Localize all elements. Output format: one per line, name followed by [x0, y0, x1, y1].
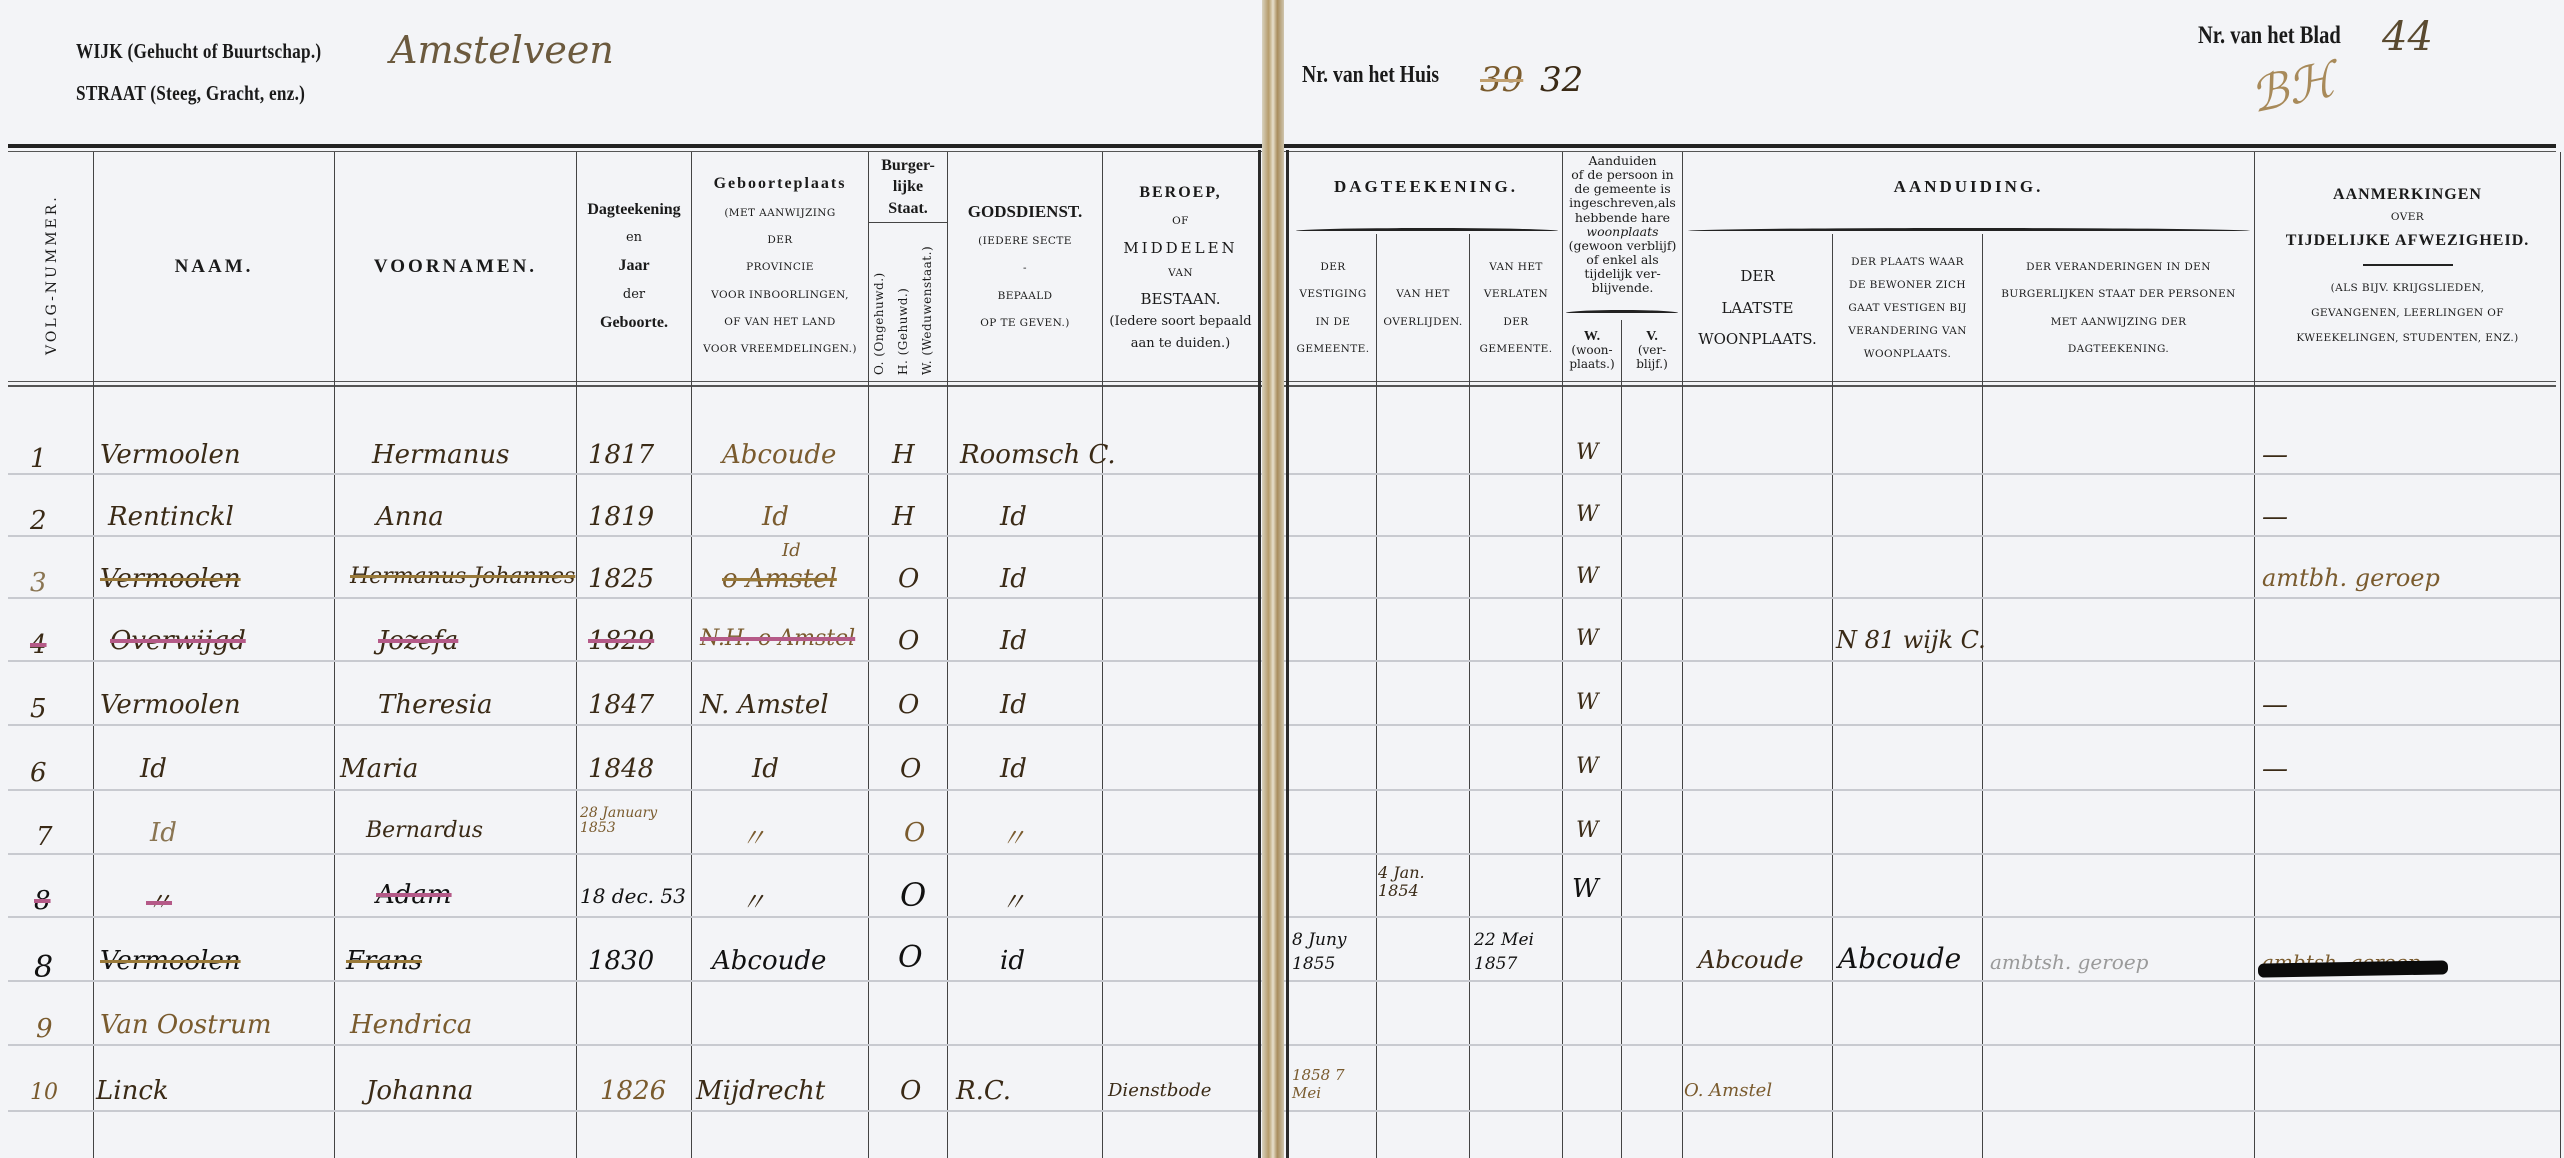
verlaten-line: VAN HET: [1489, 254, 1543, 281]
row6-nr: 6: [30, 758, 47, 788]
plaats-waar-line: WOONPLAATS.: [1864, 343, 1951, 366]
row7-plaats: 〃: [740, 818, 766, 855]
row3-godsdienst: Id: [1000, 564, 1027, 594]
row1-nr: 1: [30, 444, 47, 474]
row1-plaats: Abcoude: [722, 440, 836, 470]
row-line: [8, 660, 2560, 662]
laatste-line: DER: [1740, 261, 1774, 293]
col-header-beroep: BEROEP, OF MIDDELEN VAN BESTAAN. (Iedere…: [1103, 152, 1258, 381]
row6-wv: W: [1576, 754, 1599, 779]
geboorteplaats-line: (MET AANWIJZING: [724, 200, 835, 227]
row7-wv: W: [1576, 818, 1599, 843]
row5-plaats: N. Amstel: [700, 690, 829, 720]
col-header-voornamen: VOORNAMEN.: [335, 152, 576, 381]
row8b-vertrek: Abcoude: [1838, 942, 1961, 975]
beroep-line: OF: [1172, 208, 1189, 235]
row8-plaats: 〃: [740, 882, 766, 919]
row6-aanmerking: —: [2262, 754, 2288, 784]
row10-beroep: Dienstbode: [1108, 1080, 1211, 1101]
aanmerkingen-line: AANMERKINGEN: [2333, 182, 2482, 208]
staat-h-label: H. (Gehuwd.): [896, 288, 910, 375]
row10-laatste: O. Amstel: [1684, 1080, 1772, 1101]
vestiging-line: DER: [1320, 254, 1345, 281]
row3-aanmerking: amtbh. geroep: [2262, 564, 2440, 592]
row8-godsdienst: 〃: [1000, 882, 1026, 919]
row8-staat: O: [900, 876, 926, 914]
row10-godsdienst: R.C.: [956, 1076, 1011, 1106]
aanduiden-line: of de persoon in: [1571, 168, 1673, 182]
row-line: [8, 1044, 2560, 1046]
row-line: [8, 535, 2560, 537]
row-line: [8, 724, 2560, 726]
ink-blot-redaction: [2258, 960, 2448, 977]
col-divider: [1562, 152, 1563, 1158]
col-header-plaats-waar: DER PLAATS WAAR DE BEWONER ZICH GAAT VES…: [1833, 236, 1982, 381]
aanduiden-line: tijdelijk ver-: [1584, 267, 1660, 281]
w-line: W.: [1584, 329, 1600, 344]
row-line: [8, 916, 2560, 918]
geboorteplaats-line: DER: [767, 227, 792, 254]
beroep-line: BESTAAN.: [1140, 287, 1220, 311]
register-page: WIJK (Gehucht of Buurtschap.) STRAAT (St…: [0, 0, 2564, 1158]
row8b-laatste: Abcoude: [1698, 946, 1804, 974]
geboorte-line: Jaar: [618, 251, 649, 281]
row8b-voornamen: Frans: [346, 946, 422, 976]
row9-voornamen: Hendrica: [350, 1010, 472, 1040]
row8b-godsdienst: id: [1000, 946, 1025, 976]
v-line: (ver-: [1638, 344, 1666, 358]
row-line: [8, 980, 2560, 982]
godsdienst-line: GODSDIENST.: [968, 196, 1082, 228]
col-header-veranderingen: DER VERANDERINGEN IN DEN BURGERLIJKEN ST…: [1983, 236, 2254, 381]
plaats-waar-line: VERANDERING VAN: [1848, 320, 1967, 343]
row-line: [8, 789, 2560, 791]
row1-godsdienst: Roomsch C.: [960, 440, 1116, 470]
row7-geboorte: 28 January 1853: [580, 806, 690, 836]
row4-voornamen: Jozefa: [378, 626, 458, 656]
row6-naam: Id: [140, 754, 167, 784]
overlijden-line: OVERLIJDEN.: [1383, 309, 1462, 336]
w-line: (woon-: [1571, 344, 1612, 358]
col-header-aanduiden: Aanduiden of de persoon in de gemeente i…: [1563, 154, 1682, 302]
geboorte-line: Geboorte.: [600, 308, 668, 338]
row1-wv: W: [1576, 440, 1599, 465]
row-line: [8, 1110, 2560, 1112]
beroep-line: aan te duiden.): [1131, 333, 1231, 355]
divider-ornament: [2363, 264, 2453, 266]
godsdienst-line: (IEDERE SECTE: [978, 228, 1072, 255]
col-divider: [868, 152, 869, 1158]
v-line: blijf.): [1636, 358, 1668, 372]
aanmerkingen-line: TIJDELIJKE AFWEZIGHEID.: [2286, 228, 2530, 254]
row2-naam: Rentinckl: [108, 502, 234, 532]
brace-dagteekening: [1296, 228, 1558, 231]
row4-vertrek: N 81 wijk C.: [1836, 626, 1986, 654]
row6-plaats: Id: [752, 754, 779, 784]
geboorteplaats-line: Geboorteplaats: [714, 169, 847, 199]
plaats-waar-line: DER PLAATS WAAR: [1851, 251, 1964, 274]
row10-nr: 10: [30, 1080, 58, 1105]
brace-aanduiding: [1688, 228, 2250, 231]
row4-wv: W: [1576, 626, 1599, 651]
row8b-staat: O: [898, 940, 923, 975]
veranderingen-line: DAGTEEKENING.: [2068, 336, 2169, 363]
row8b-plaats: Abcoude: [712, 946, 826, 976]
aanduiden-line: hebbende hare: [1575, 211, 1670, 225]
row3-staat: O: [898, 564, 919, 594]
laatste-line: LAATSTE: [1721, 293, 1793, 325]
col-header-dagteekening: DAGTEEKENING.: [1290, 152, 1562, 222]
col-header-volgnummer: VOLG-NUMMER.: [44, 194, 60, 355]
row3-geboorte: 1825: [588, 564, 654, 594]
row7-naam: Id: [150, 818, 177, 848]
row2-godsdienst: Id: [1000, 502, 1027, 532]
row7-staat: O: [904, 818, 925, 848]
staat-line: Burger-: [881, 155, 935, 177]
row9-naam: Van Oostrum: [100, 1010, 272, 1040]
aanduiden-line: woonplaats: [1586, 225, 1658, 239]
row8b-verlaten: 22 Mei 1857: [1474, 928, 1554, 976]
row8b-nr: 8: [34, 950, 53, 985]
row-line: [8, 473, 2560, 475]
gutter-edge-left: [1258, 150, 1261, 1158]
row5-godsdienst: Id: [1000, 690, 1027, 720]
row10-vestiging: 1858 7 Mei: [1292, 1066, 1372, 1102]
col-header-aanmerkingen: AANMERKINGEN OVER TIJDELIJKE AFWEZIGHEID…: [2255, 152, 2560, 381]
staat-w-label: W. (Weduwenstaat.): [920, 246, 934, 375]
row4-godsdienst: Id: [1000, 626, 1027, 656]
col-header-geboorte: Dagteekening en Jaar der Geboorte.: [577, 152, 691, 381]
row2-wv: W: [1576, 502, 1599, 527]
row8-nr: 8: [34, 886, 51, 916]
row7-voornamen: Bernardus: [366, 818, 483, 843]
dagteekening-label: DAGTEEKENING.: [1334, 177, 1518, 197]
col-header-v: V. (ver- blijf.): [1622, 320, 1682, 380]
row4-plaats: N.H. o Amstel: [700, 626, 855, 651]
row2-geboorte: 1819: [588, 502, 654, 532]
beroep-line: (Iedere soort bepaald: [1109, 311, 1251, 333]
row4-staat: O: [898, 626, 919, 656]
form-header-left: WIJK (Gehucht of Buurtschap.) STRAAT (St…: [76, 30, 375, 114]
row3-wv: W: [1576, 564, 1599, 589]
row3-voornamen: Hermanus Johannes: [350, 564, 575, 589]
col-header-burgerlijke-staat: Burger- lijke Staat.: [869, 152, 947, 222]
row1-geboorte: 1817: [588, 440, 654, 470]
row8b-vestiging: 8 Juny 1855: [1292, 928, 1372, 976]
row4-geboorte: 1829: [588, 626, 654, 656]
col-header-geboorteplaats: Geboorteplaats (MET AANWIJZING DER PROVI…: [692, 152, 868, 381]
aanmerkingen-line: OVER: [2391, 207, 2424, 228]
aanduiding-label: AANDUIDING.: [1894, 177, 2044, 197]
plaats-waar-line: DE BEWONER ZICH: [1849, 274, 1966, 297]
veranderingen-line: BURGERLIJKEN STAAT DER PERSONEN: [2001, 281, 2236, 308]
straat-label: STRAAT (Steeg, Gracht, enz.): [76, 72, 321, 114]
row8b-geboorte: 1830: [588, 946, 654, 976]
row2-nr: 2: [30, 506, 47, 536]
row6-staat: O: [900, 754, 921, 784]
aanduiden-line: de gemeente is: [1574, 182, 1670, 196]
col-header-overlijden: VAN HET OVERLIJDEN.: [1377, 236, 1469, 381]
voornamen-label: VOORNAMEN.: [374, 256, 537, 278]
col-header-aanduiding: AANDUIDING.: [1683, 152, 2254, 222]
geboorte-line: der: [623, 282, 645, 308]
w-line: plaats.): [1569, 358, 1614, 372]
row4-nr: 4: [30, 630, 47, 660]
geboorte-line: en: [626, 225, 642, 251]
row5-staat: O: [898, 690, 919, 720]
veranderingen-line: DER VERANDERINGEN IN DEN: [2026, 254, 2211, 281]
geboorteplaats-line: PROVINCIE: [746, 254, 814, 281]
row8-wv: W: [1572, 874, 1599, 904]
row3-naam: Vermoolen: [100, 564, 241, 594]
col-divider: [2560, 152, 2561, 1158]
aanduiden-line: (gewoon verblijf): [1569, 239, 1677, 253]
col-header-laatste-woonplaats: DER LAATSTE WOONPLAATS.: [1683, 236, 1832, 381]
col-divider: [1621, 320, 1622, 1158]
row5-geboorte: 1847: [588, 690, 654, 720]
row7-godsdienst: 〃: [1000, 818, 1026, 855]
vestiging-line: IN DE: [1316, 309, 1351, 336]
wijk-label: WIJK (Gehucht of Buurtschap.): [76, 30, 321, 72]
veranderingen-line: MET AANWIJZING DER: [2051, 309, 2187, 336]
beroep-line: MIDDELEN: [1123, 236, 1237, 260]
vestiging-line: GEMEENTE.: [1297, 336, 1370, 363]
huis-number: 32: [1540, 60, 1583, 100]
v-line: V.: [1646, 329, 1658, 344]
row1-aanmerking: —: [2262, 440, 2288, 470]
beroep-line: VAN: [1168, 260, 1193, 287]
row3-plaats: o Amstel: [722, 564, 837, 594]
row8-geboorte: 18 dec. 53: [580, 884, 686, 908]
row2-aanmerking: —: [2262, 502, 2288, 532]
row1-naam: Vermoolen: [100, 440, 241, 470]
row10-plaats: Mijdrecht: [696, 1076, 825, 1106]
row5-aanmerking: —: [2262, 690, 2288, 720]
row2-plaats: Id: [762, 502, 789, 532]
row9-nr: 9: [36, 1014, 53, 1044]
gutter-edge-right: [1286, 150, 1289, 1158]
geboorteplaats-line: OF VAN HET LAND: [724, 309, 836, 336]
verlaten-line: VERLATEN: [1484, 281, 1548, 308]
row8-voornamen: Adam: [376, 880, 452, 910]
aanmerkingen-line: KWEEKELINGEN, STUDENTEN, ENZ.): [2296, 326, 2518, 351]
row10-naam: Linck: [96, 1076, 169, 1106]
beroep-line: BEROEP,: [1139, 178, 1221, 208]
row6-voornamen: Maria: [340, 754, 418, 784]
row-line: [8, 597, 2560, 599]
aanduiden-line: blijvende.: [1592, 281, 1654, 295]
row2-voornamen: Anna: [376, 502, 444, 532]
row8-naam: 〃: [146, 882, 172, 919]
verlaten-line: DER: [1503, 309, 1528, 336]
row8-overlijden: 4 Jan. 1854: [1378, 864, 1468, 900]
aanmerkingen-line: (ALS BIJV. KRIJGSLIEDEN,: [2331, 276, 2485, 301]
plaats-waar-line: GAAT VESTIGEN BIJ: [1848, 297, 1966, 320]
col-header-godsdienst: GODSDIENST. (IEDERE SECTE - BEPAALD OP T…: [948, 152, 1102, 381]
geboorteplaats-line: VOOR INBOORLINGEN,: [711, 282, 849, 309]
huis-label: Nr. van het Huis: [1302, 62, 1439, 89]
wijk-value: Amstelveen: [390, 28, 614, 72]
row3-plaats-note: Id: [782, 540, 801, 561]
overlijden-line: VAN HET: [1396, 281, 1450, 308]
row2-staat: H: [892, 502, 915, 532]
row6-godsdienst: Id: [1000, 754, 1027, 784]
geboorte-line: Dagteekening: [587, 195, 680, 225]
staat-line: lijke: [893, 176, 923, 198]
row5-voornamen: Theresia: [378, 690, 492, 720]
staat-line: Staat.: [888, 198, 928, 220]
laatste-line: WOONPLAATS.: [1698, 324, 1817, 356]
row1-staat: H: [892, 440, 915, 470]
row10-staat: O: [900, 1076, 921, 1106]
row8b-naam: Vermoolen: [100, 946, 241, 976]
blad-label: Nr. van het Blad: [2198, 22, 2341, 50]
naam-label: NAAM.: [175, 256, 254, 278]
geboorteplaats-line: VOOR VREEMDELINGEN.): [703, 336, 857, 363]
aanduiden-line: of enkel als: [1586, 253, 1658, 267]
row6-geboorte: 1848: [588, 754, 654, 784]
staat-o-label: O. (Ongehuwd.): [872, 272, 886, 375]
col-header-verlaten: VAN HET VERLATEN DER GEMEENTE.: [1470, 236, 1562, 381]
verlaten-line: GEMEENTE.: [1480, 336, 1553, 363]
col-header-vestiging: DER VESTIGING IN DE GEMEENTE.: [1290, 236, 1376, 381]
staat-sub-rule: [868, 222, 947, 223]
aanduiden-line: ingeschreven,als: [1569, 196, 1676, 210]
row8b-verandering: ambtsh. geroep: [1990, 950, 2148, 974]
godsdienst-line: BEPAALD: [998, 283, 1053, 310]
aanmerkingen-line: GEVANGENEN, LEERLINGEN OF: [2311, 301, 2504, 326]
row4-naam: Overwijgd: [110, 626, 246, 656]
aanduiden-line: Aanduiden: [1588, 154, 1656, 168]
vestiging-line: VESTIGING: [1299, 281, 1366, 308]
huis-number-old: 39: [1480, 60, 1523, 100]
brace-wv: [1566, 310, 1678, 313]
row-line: [8, 853, 2560, 855]
row5-nr: 5: [30, 694, 47, 724]
row10-geboorte: 1826: [600, 1076, 666, 1106]
row5-naam: Vermoolen: [100, 690, 241, 720]
col-header-naam: NAAM.: [94, 152, 334, 381]
signature: ℬℋ: [2245, 52, 2340, 124]
row7-nr: 7: [36, 822, 53, 852]
col-header-w: W. (woon- plaats.): [1563, 320, 1621, 380]
book-binding-gutter: [1262, 0, 1284, 1158]
godsdienst-line: -: [1023, 255, 1027, 282]
blad-number: 44: [2382, 14, 2433, 60]
row10-voornamen: Johanna: [366, 1076, 473, 1106]
row3-nr: 3: [30, 568, 47, 598]
godsdienst-line: OP TE GEVEN.): [980, 310, 1069, 337]
row1-voornamen: Hermanus: [372, 440, 509, 470]
row5-wv: W: [1576, 690, 1599, 715]
